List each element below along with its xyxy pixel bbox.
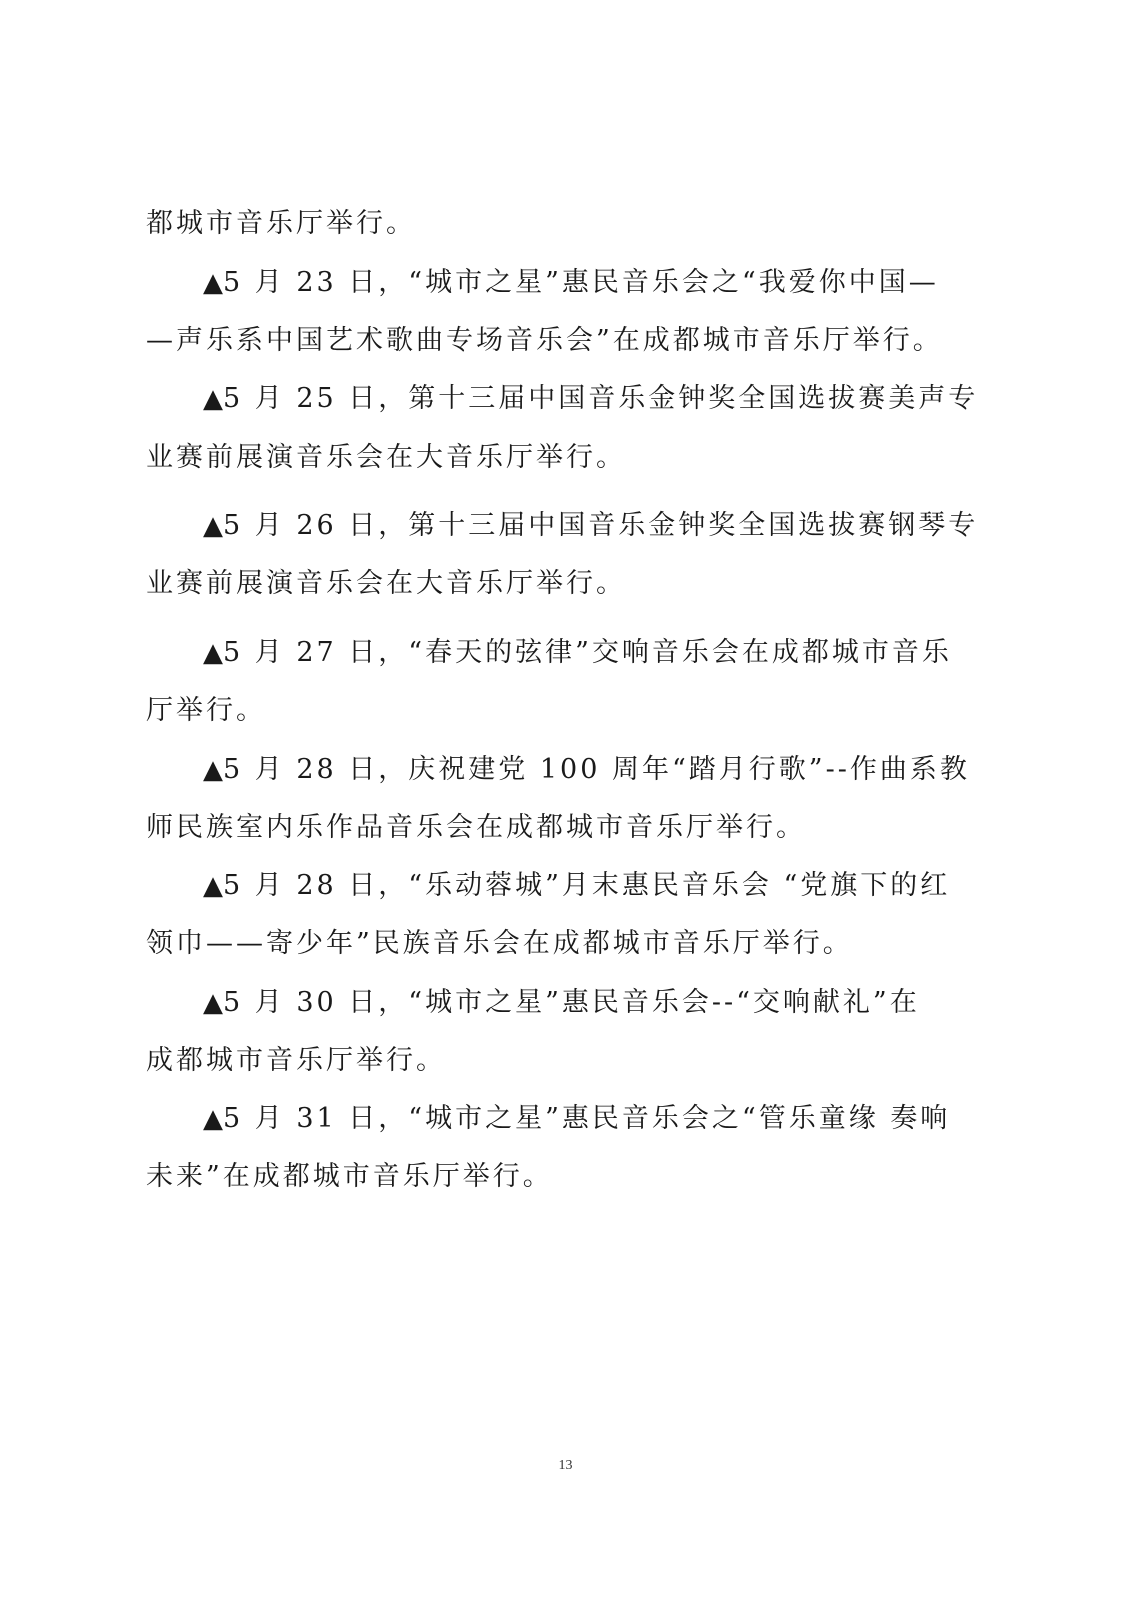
triangle-bullet-icon: ▲ xyxy=(203,384,223,414)
triangle-bullet-icon: ▲ xyxy=(203,755,223,785)
triangle-bullet-icon: ▲ xyxy=(203,871,223,901)
text-line: 业赛前展演音乐会在大音乐厅举行。 xyxy=(146,567,626,601)
event-entry-line: ▲5 月 30 日，“城市之星”惠民音乐会--“交响献礼”在 xyxy=(203,986,920,1020)
line-text: 5 月 25 日，第十三届中国音乐金钟奖全国选拔赛美声专 xyxy=(223,383,978,414)
event-entry-line: ▲5 月 31 日，“城市之星”惠民音乐会之“管乐童缘 奏响 xyxy=(203,1102,950,1136)
text-line: 业赛前展演音乐会在大音乐厅举行。 xyxy=(146,441,626,475)
line-text: 业赛前展演音乐会在大音乐厅举行。 xyxy=(146,442,626,473)
line-text: 5 月 28 日，庆祝建党 100 周年“踏月行歌”--作曲系教 xyxy=(223,754,970,785)
line-text: 5 月 31 日，“城市之星”惠民音乐会之“管乐童缘 奏响 xyxy=(223,1103,950,1134)
text-line: 都城市音乐厅举行。 xyxy=(146,207,416,241)
event-entry-line: ▲5 月 27 日，“春天的弦律”交响音乐会在成都城市音乐 xyxy=(203,636,952,670)
page-number: 13 xyxy=(0,1458,1131,1474)
line-text: 都城市音乐厅举行。 xyxy=(146,208,416,239)
triangle-bullet-icon: ▲ xyxy=(203,988,223,1018)
line-text: 5 月 26 日，第十三届中国音乐金钟奖全国选拔赛钢琴专 xyxy=(223,510,978,541)
text-line: —声乐系中国艺术歌曲专场音乐会”在成都城市音乐厅举行。 xyxy=(146,324,943,358)
event-entry-line: ▲5 月 28 日，“乐动蓉城”月末惠民音乐会 “党旗下的红 xyxy=(203,869,950,903)
triangle-bullet-icon: ▲ xyxy=(203,511,223,541)
event-entry-line: ▲5 月 23 日，“城市之星”惠民音乐会之“我爱你中国— xyxy=(203,266,939,300)
text-line: 师民族室内乐作品音乐会在成都城市音乐厅举行。 xyxy=(146,811,806,845)
document-page: 都城市音乐厅举行。▲5 月 23 日，“城市之星”惠民音乐会之“我爱你中国——声… xyxy=(0,0,1131,1600)
line-text: 厅举行。 xyxy=(146,695,266,726)
event-entry-line: ▲5 月 26 日，第十三届中国音乐金钟奖全国选拔赛钢琴专 xyxy=(203,509,978,543)
triangle-bullet-icon: ▲ xyxy=(203,638,223,668)
text-line: 未来”在成都城市音乐厅举行。 xyxy=(146,1160,553,1194)
text-line: 领巾——寄少年”民族音乐会在成都城市音乐厅举行。 xyxy=(146,927,853,961)
line-text: —声乐系中国艺术歌曲专场音乐会”在成都城市音乐厅举行。 xyxy=(146,325,943,356)
text-line: 成都城市音乐厅举行。 xyxy=(146,1044,446,1078)
line-text: 领巾——寄少年”民族音乐会在成都城市音乐厅举行。 xyxy=(146,928,853,959)
line-text: 未来”在成都城市音乐厅举行。 xyxy=(146,1161,553,1192)
line-text: 成都城市音乐厅举行。 xyxy=(146,1045,446,1076)
line-text: 5 月 23 日，“城市之星”惠民音乐会之“我爱你中国— xyxy=(223,267,939,298)
event-entry-line: ▲5 月 28 日，庆祝建党 100 周年“踏月行歌”--作曲系教 xyxy=(203,753,970,787)
line-text: 5 月 28 日，“乐动蓉城”月末惠民音乐会 “党旗下的红 xyxy=(223,870,950,901)
line-text: 业赛前展演音乐会在大音乐厅举行。 xyxy=(146,568,626,599)
triangle-bullet-icon: ▲ xyxy=(203,1104,223,1134)
line-text: 5 月 30 日，“城市之星”惠民音乐会--“交响献礼”在 xyxy=(223,987,920,1018)
event-entry-line: ▲5 月 25 日，第十三届中国音乐金钟奖全国选拔赛美声专 xyxy=(203,382,978,416)
line-text: 师民族室内乐作品音乐会在成都城市音乐厅举行。 xyxy=(146,812,806,843)
text-line: 厅举行。 xyxy=(146,694,266,728)
triangle-bullet-icon: ▲ xyxy=(203,268,223,298)
line-text: 5 月 27 日，“春天的弦律”交响音乐会在成都城市音乐 xyxy=(223,637,952,668)
